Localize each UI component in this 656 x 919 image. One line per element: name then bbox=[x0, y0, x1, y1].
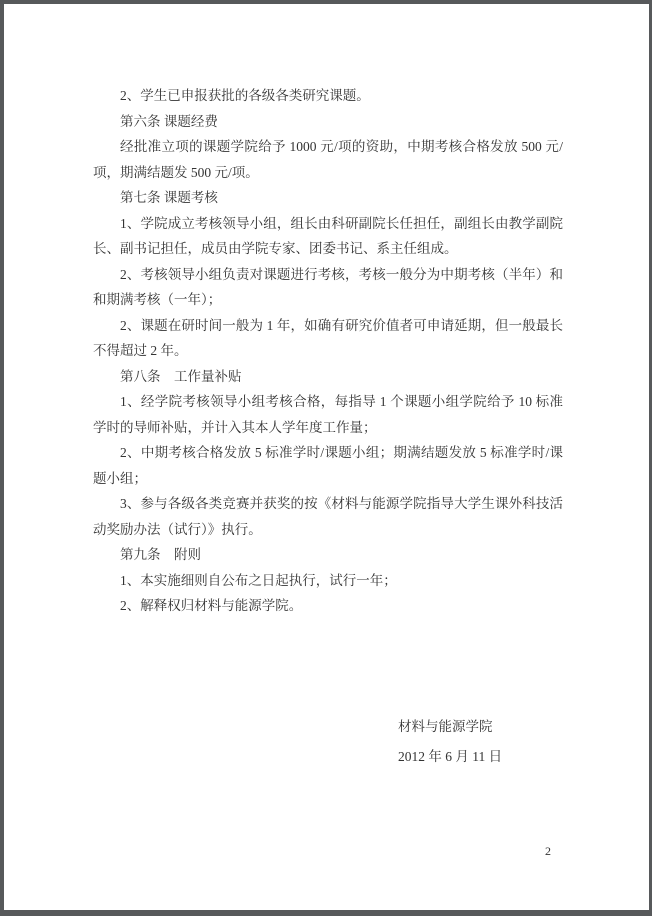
paragraph-article-7-heading: 第七条 课题考核 bbox=[93, 185, 563, 211]
paragraph: 3、参与各级各类竞赛并获奖的按《材料与能源学院指导大学生课外科技活动奖励办法（试… bbox=[93, 491, 563, 542]
paragraph: 经批准立项的课题学院给予 1000 元/项的资助，中期考核合格发放 500 元/… bbox=[93, 134, 563, 185]
signature-date: 2012 年 6 月 11 日 bbox=[398, 742, 502, 772]
signature-block: 材料与能源学院 2012 年 6 月 11 日 bbox=[398, 712, 502, 772]
paragraph: 1、经学院考核领导小组考核合格，每指导 1 个课题小组学院给予 10 标准学时的… bbox=[93, 389, 563, 440]
paragraph-article-9-heading: 第九条 附则 bbox=[93, 542, 563, 568]
paragraph: 1、本实施细则自公布之日起执行，试行一年； bbox=[93, 568, 563, 594]
paragraph: 2、考核领导小组负责对课题进行考核，考核一般分为中期考核（半年）和和期满考核（一… bbox=[93, 262, 563, 313]
paragraph-article-6-heading: 第六条 课题经费 bbox=[93, 109, 563, 135]
page-border-bottom bbox=[0, 910, 652, 916]
page-border-left bbox=[0, 0, 4, 916]
signature-org: 材料与能源学院 bbox=[398, 712, 502, 742]
paragraph-article-8-heading: 第八条 工作量补贴 bbox=[93, 364, 563, 390]
page-border-top bbox=[0, 0, 650, 4]
paragraph: 2、学生已申报获批的各级各类研究课题。 bbox=[93, 83, 563, 109]
page-border-right bbox=[649, 0, 652, 916]
paragraph: 2、课题在研时间一般为 1 年，如确有研究价值者可申请延期，但一般最长不得超过 … bbox=[93, 313, 563, 364]
document-page: 2、学生已申报获批的各级各类研究课题。 第六条 课题经费 经批准立项的课题学院给… bbox=[0, 0, 656, 919]
paragraph: 2、中期考核合格发放 5 标准学时/课题小组；期满结题发放 5 标准学时/课题小… bbox=[93, 440, 563, 491]
page-number: 2 bbox=[538, 843, 558, 859]
paragraph: 2、解释权归材料与能源学院。 bbox=[93, 593, 563, 619]
document-body: 2、学生已申报获批的各级各类研究课题。 第六条 课题经费 经批准立项的课题学院给… bbox=[93, 83, 563, 619]
paragraph: 1、学院成立考核领导小组，组长由科研副院长任担任，副组长由教学副院长、副书记担任… bbox=[93, 211, 563, 262]
